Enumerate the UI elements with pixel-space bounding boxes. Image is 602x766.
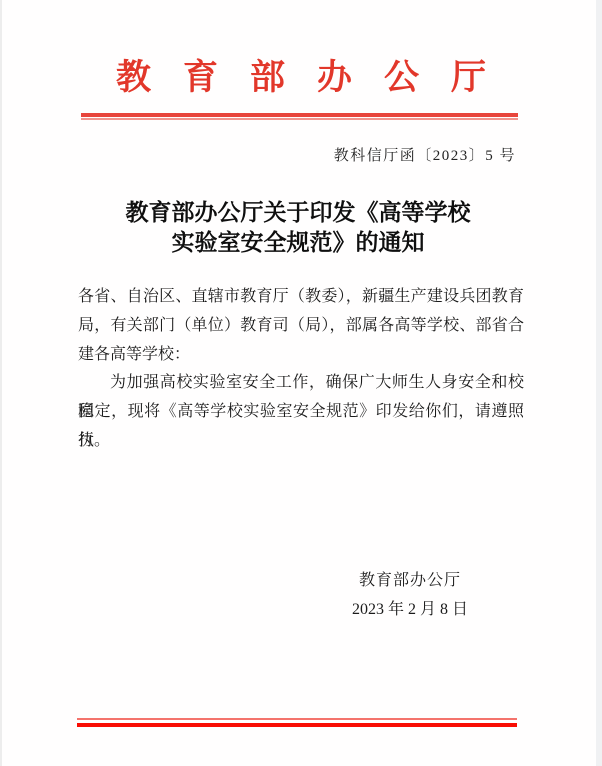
- red-divider-top-thin-line: [81, 118, 518, 120]
- page-left-edge: [0, 0, 2, 766]
- document-title-line-1: 教育部办公厅关于印发《高等学校: [0, 198, 596, 228]
- agency-header-title: 教育部办公厅: [16, 50, 602, 100]
- signature-date: 2023 年 2 月 8 日: [340, 595, 480, 624]
- body-paragraph1-line2: 局，有关部门（单位）教育司（局），部属各高等学校、部省合: [78, 312, 524, 341]
- body-paragraph1-line1: 各省、自治区、直辖市教育厅（教委），新疆生产建设兵团教育: [78, 283, 524, 312]
- document-title: 教育部办公厅关于印发《高等学校 实验室安全规范》的通知: [0, 198, 596, 258]
- official-document-page: 教育部办公厅 教科信厅函〔2023〕5 号 教育部办公厅关于印发《高等学校 实验…: [0, 0, 602, 766]
- red-divider-top: [81, 113, 518, 120]
- document-reference-number: 教科信厅函〔2023〕5 号: [334, 144, 516, 165]
- body-paragraph1-line3: 建各高等学校：: [78, 341, 524, 370]
- red-divider-bottom: [77, 718, 517, 727]
- page-right-edge: [596, 0, 602, 766]
- body-paragraph2-line1: 为加强高校实验室安全工作，确保广大师生人身安全和校园: [78, 369, 524, 398]
- red-divider-bottom-thick-line: [77, 723, 517, 727]
- document-body: 各省、自治区、直辖市教育厅（教委），新疆生产建设兵团教育 局，有关部门（单位）教…: [78, 283, 524, 456]
- document-title-line-2: 实验室安全规范》的通知: [0, 228, 596, 258]
- body-paragraph2-line3: 行。: [78, 427, 524, 456]
- body-paragraph2-line2: 稳定，现将《高等学校实验室安全规范》印发给你们，请遵照执: [78, 398, 524, 427]
- signature-block: 教育部办公厅 2023 年 2 月 8 日: [340, 566, 480, 624]
- signature-agency: 教育部办公厅: [340, 566, 480, 595]
